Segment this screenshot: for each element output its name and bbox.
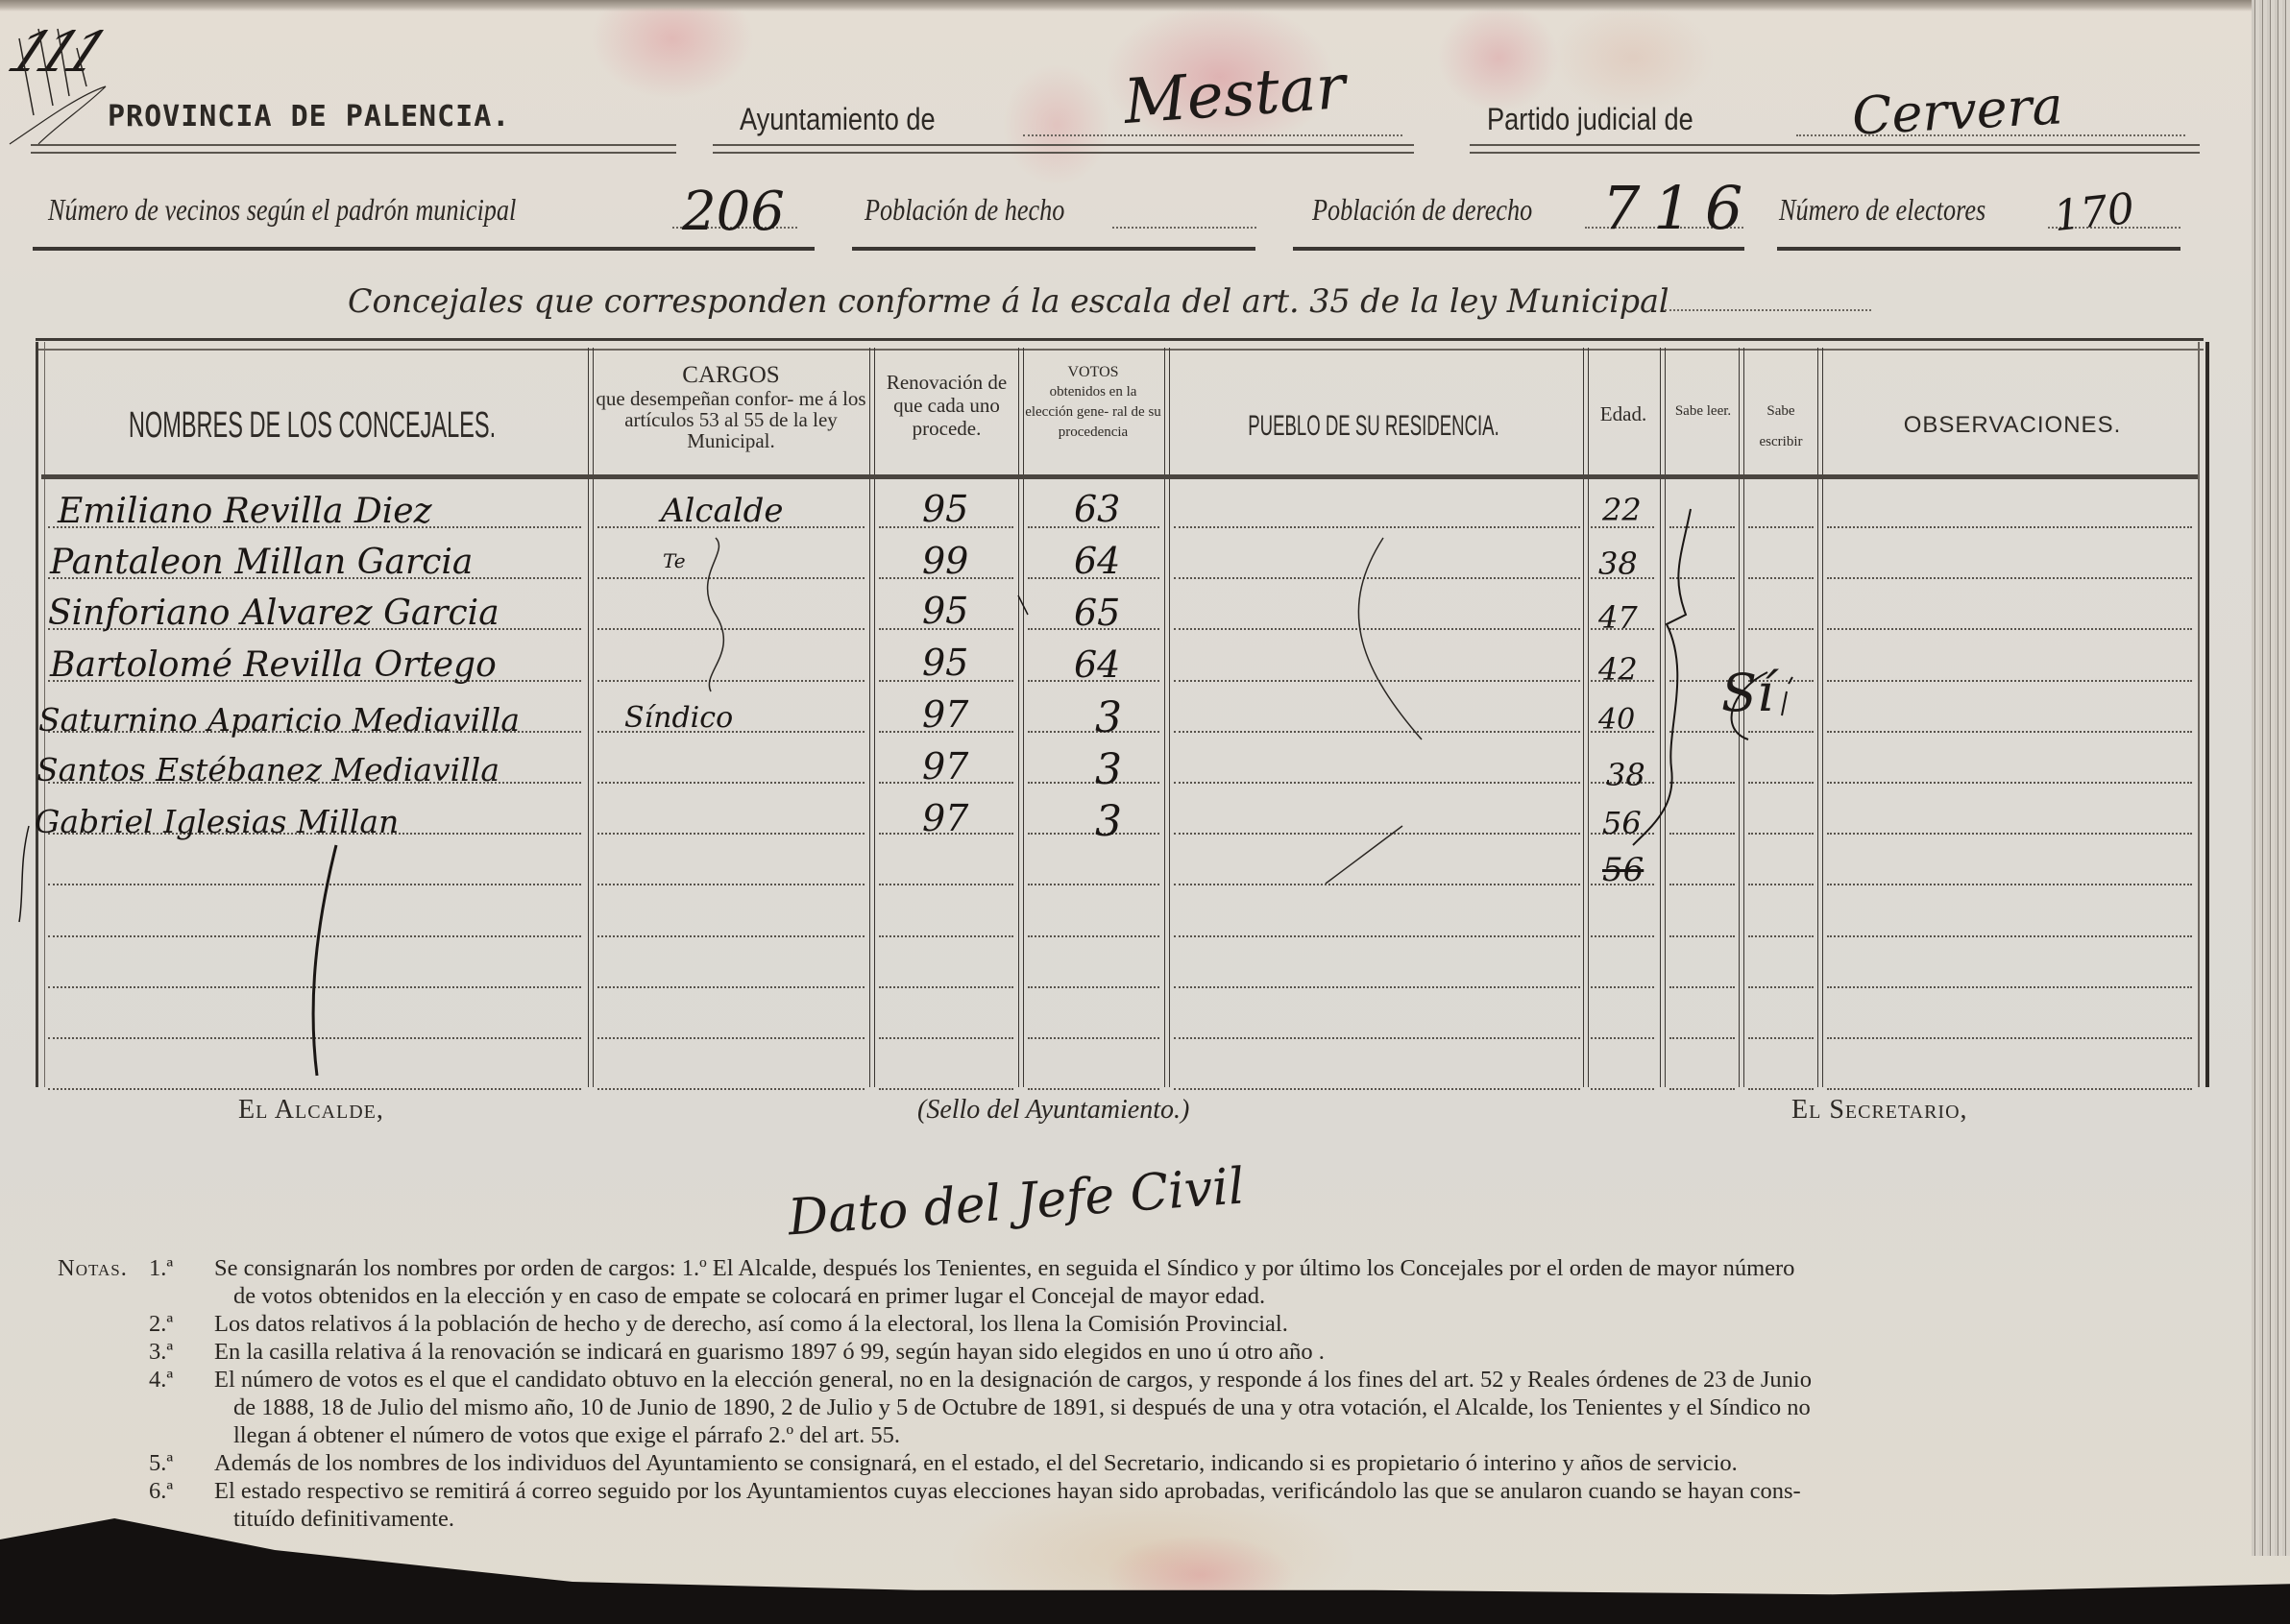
notes-heading: Notas. [58, 1254, 149, 1282]
note-text-cont: llegan á obtener el número de votos que … [58, 1421, 2209, 1449]
note-text: Se consignarán los nombres por orden de … [214, 1254, 2209, 1282]
note-text-cont: tituído definitivamente. [58, 1505, 2209, 1533]
note-text: El número de votos es el que el candidat… [214, 1366, 2209, 1394]
note-item: 6.ª El estado respectivo se remitirá á c… [58, 1477, 2209, 1505]
page-bottom-shadow [0, 1518, 2290, 1624]
secretario-label: El Secretario, [1791, 1095, 1968, 1126]
note-number: 1.ª [149, 1254, 214, 1282]
note-text: El estado respectivo se remitirá á corre… [214, 1477, 2209, 1505]
note-number: 4.ª [149, 1366, 214, 1394]
handwritten-note: Dato del Jefe Civil [786, 1157, 1246, 1247]
sabe-escribir-bracket-value: Sí [1721, 663, 1773, 723]
document-page: 111 PROVINCIA DE PALENCIA. Ayuntamiento … [0, 0, 2290, 1624]
note-text: Los datos relativos á la población de he… [214, 1310, 2209, 1338]
note-text-cont: de votos obtenidos en la elección y en c… [58, 1282, 2209, 1310]
note-number: 6.ª [149, 1477, 214, 1505]
note-number: 3.ª [149, 1338, 214, 1366]
alcalde-label: El Alcalde, [238, 1095, 384, 1126]
note-text-cont: de 1888, 18 de Julio del mismo año, 10 d… [58, 1394, 2209, 1421]
note-item: 4.ª El número de votos es el que el cand… [58, 1366, 2209, 1394]
handwritten-strokes [0, 0, 2290, 1152]
note-item: 3.ª En la casilla relativa á la renovaci… [58, 1338, 2209, 1366]
note-item: 2.ª Los datos relativos á la población d… [58, 1310, 2209, 1338]
sello-label: (Sello del Ayuntamiento.) [917, 1095, 1189, 1126]
note-text: Además de los nombres de los individuos … [214, 1449, 2209, 1477]
note-number: 5.ª [149, 1449, 214, 1477]
note-number: 2.ª [149, 1310, 214, 1338]
note-item: Notas. 1.ª Se consignarán los nombres po… [58, 1254, 2209, 1282]
notes-section: Notas. 1.ª Se consignarán los nombres po… [58, 1254, 2209, 1533]
note-item: 5.ª Además de los nombres de los individ… [58, 1449, 2209, 1477]
note-text: En la casilla relativa á la renovación s… [214, 1338, 2209, 1366]
